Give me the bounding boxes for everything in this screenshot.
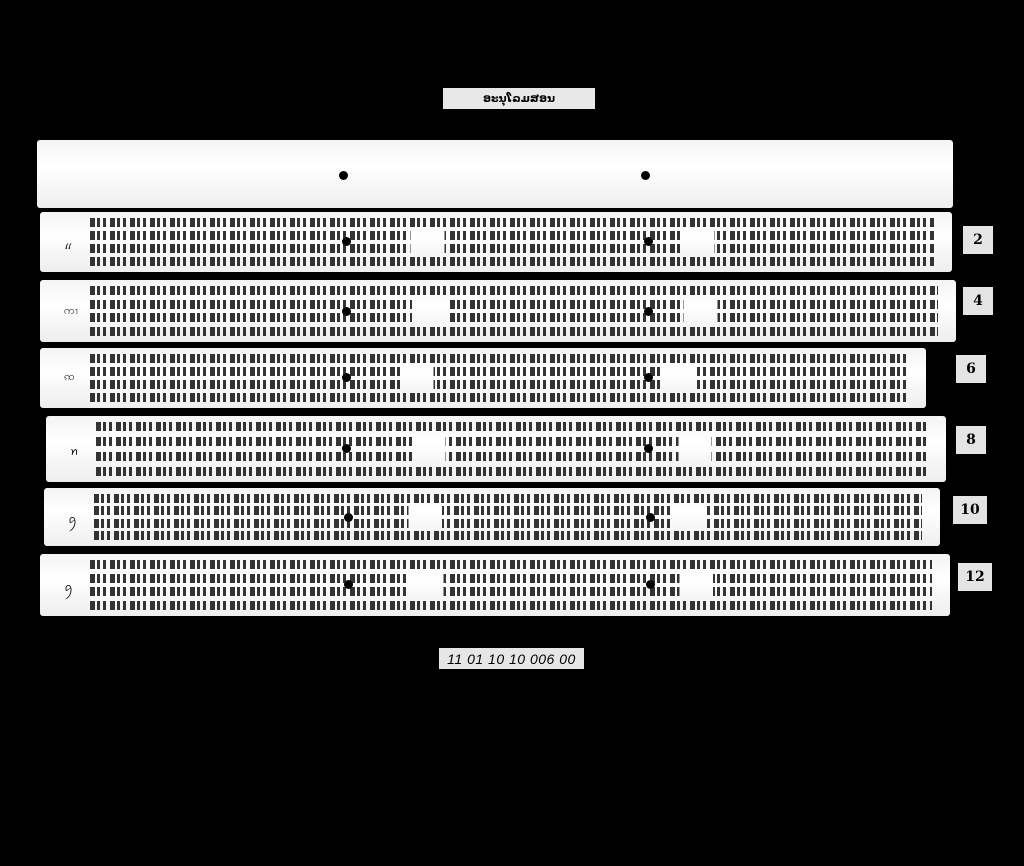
page-number-tag: 2 — [963, 226, 993, 254]
folio-mark: ꪇ — [64, 576, 73, 600]
catalog-number-label: 11 01 10 10 006 00 — [439, 648, 584, 669]
folio-mark: ꪀ — [70, 440, 78, 464]
page-number-tag: 4 — [963, 287, 993, 315]
palm-leaf-1: ꪵ — [40, 212, 952, 272]
page-number-tag: 12 — [958, 563, 992, 591]
palm-leaf-3: ꩡ — [40, 348, 926, 408]
folio-mark: ꪇ — [68, 508, 77, 532]
page-number-tag: 8 — [956, 426, 986, 454]
script-lines — [90, 218, 934, 266]
script-lines — [94, 494, 922, 540]
palm-leaf-4: ꪀ — [46, 416, 946, 482]
palm-leaf-6: ꪇ — [40, 554, 950, 616]
script-lines — [90, 286, 938, 336]
manuscript-title-label: ອະນຸໂລມສອນ — [443, 88, 595, 109]
script-lines — [96, 422, 928, 476]
script-lines — [90, 354, 908, 402]
palm-leaf-2: ကၢ — [40, 280, 956, 342]
palm-leaf-5: ꪇ — [44, 488, 940, 546]
string-hole-icon — [339, 171, 348, 180]
page-number-tag: 10 — [953, 496, 987, 524]
cover-leaf — [37, 140, 953, 208]
string-hole-icon — [641, 171, 650, 180]
folio-mark: ꩡ — [64, 370, 75, 386]
script-lines — [90, 560, 932, 610]
page-number-tag: 6 — [956, 355, 986, 383]
folio-mark: ꪵ — [64, 234, 73, 258]
folio-mark: ကၢ — [64, 304, 78, 320]
